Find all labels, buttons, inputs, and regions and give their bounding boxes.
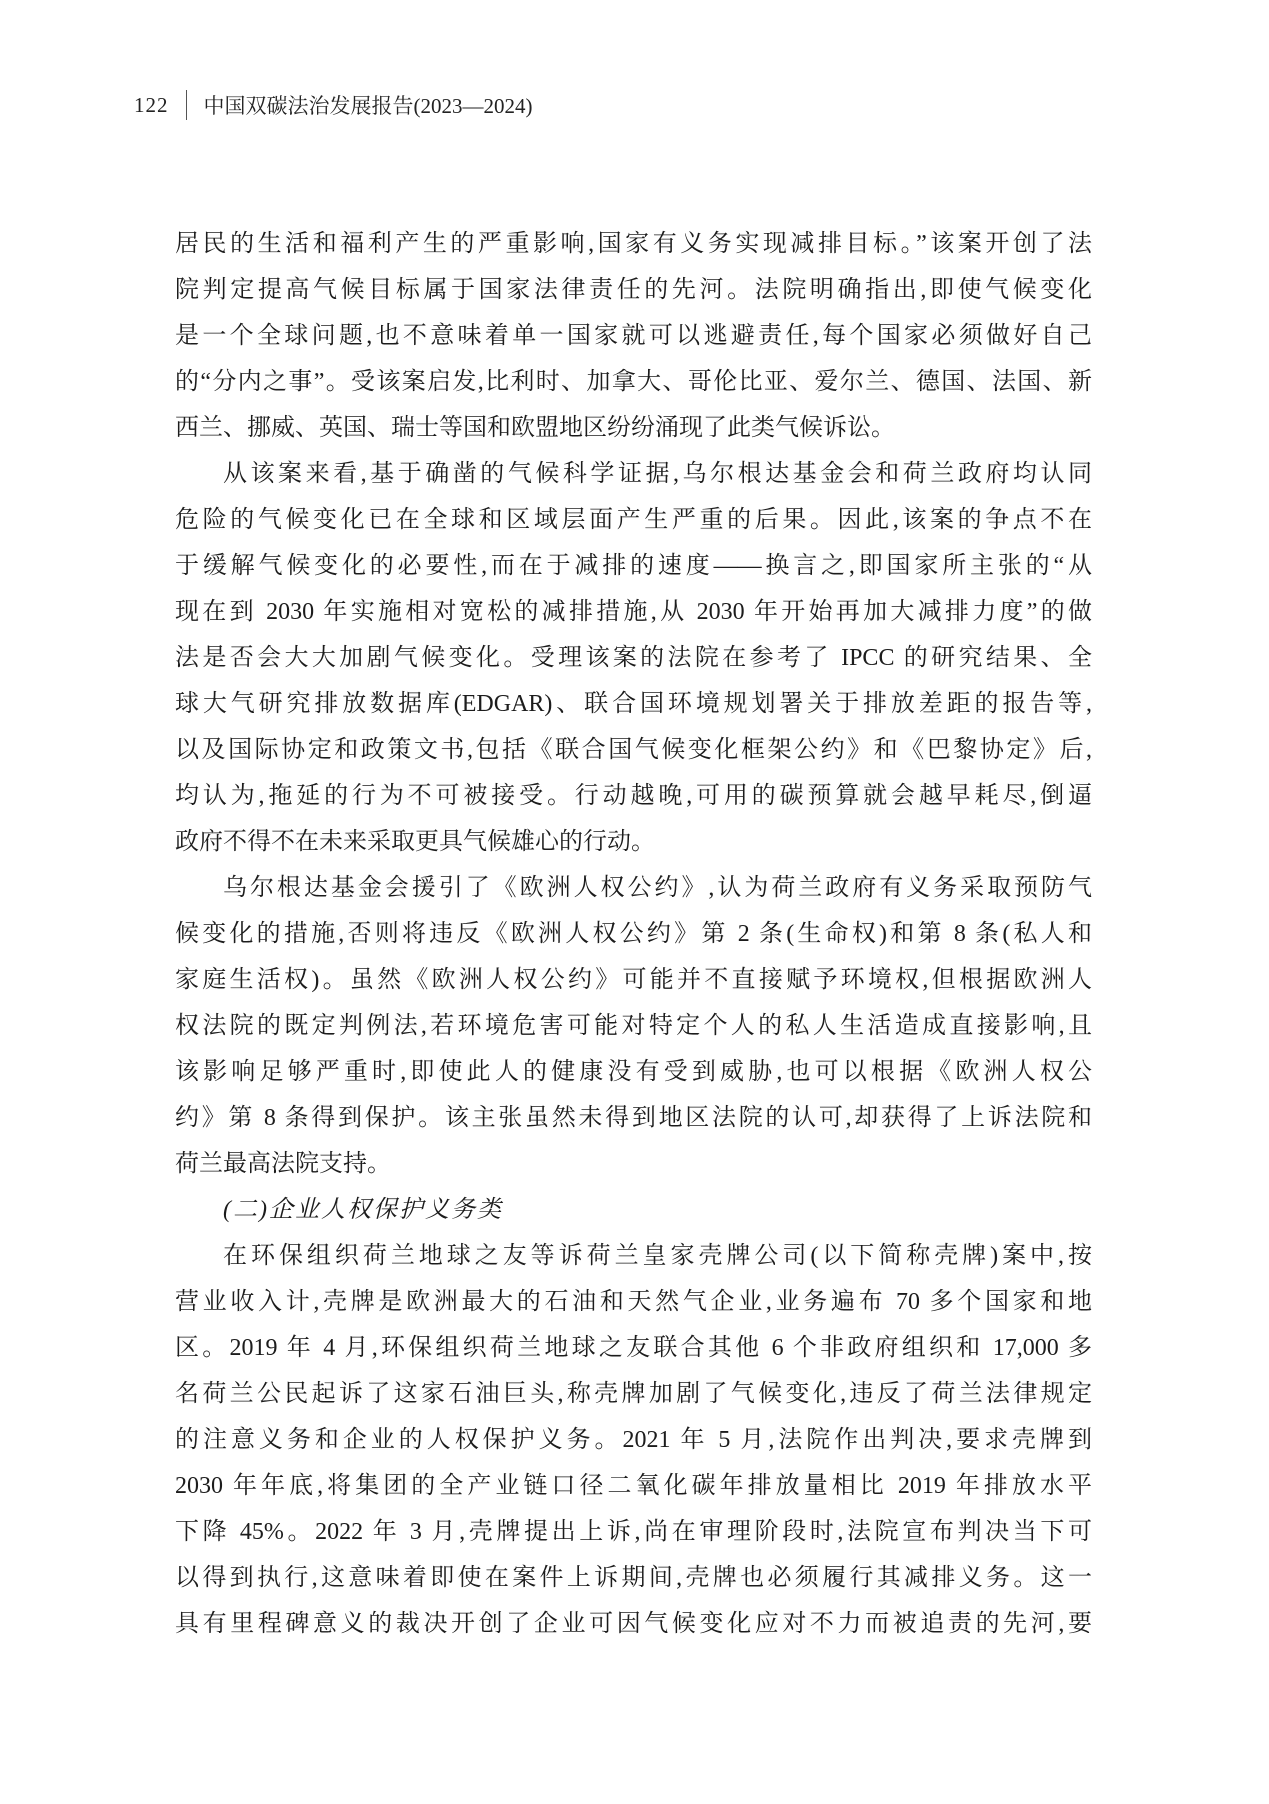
text-line: 该影响足够严重时,即使此人的健康没有受到威胁,也可以根据《欧洲人权公 [175,1049,1092,1095]
text-line: 下降 45%。2022 年 3 月,壳牌提出上诉,尚在审理阶段时,法院宣布判决当… [175,1509,1092,1555]
text-line: 危险的气候变化已在全球和区域层面产生严重的后果。因此,该案的争点不在 [175,497,1092,543]
text-line: 的“分内之事”。受该案启发,比利时、加拿大、哥伦比亚、爱尔兰、德国、法国、新 [175,359,1092,405]
text-line: 于缓解气候变化的必要性,而在于减排的速度——换言之,即国家所主张的“从 [175,543,1092,589]
text-line: 从该案来看,基于确凿的气候科学证据,乌尔根达基金会和荷兰政府均认同 [175,451,1092,497]
text-line: 名荷兰公民起诉了这家石油巨头,称壳牌加剧了气候变化,违反了荷兰法律规定 [175,1371,1092,1417]
text-line: 以及国际协定和政策文书,包括《联合国气候变化框架公约》和《巴黎协定》后, [175,727,1092,773]
text-line: 2030 年年底,将集团的全产业链口径二氧化碳年排放量相比 2019 年排放水平 [175,1463,1092,1509]
text-line: 西兰、挪威、英国、瑞士等国和欧盟地区纷纷涌现了此类气候诉讼。 [175,405,1092,451]
text-line: 家庭生活权)。虽然《欧洲人权公约》可能并不直接赋予环境权,但根据欧洲人 [175,957,1092,1003]
running-title: 中国双碳法治发展报告(2023—2024) [204,90,533,120]
text-line: 权法院的既定判例法,若环境危害可能对特定个人的私人生活造成直接影响,且 [175,1003,1092,1049]
text-line: 荷兰最高法院支持。 [175,1141,1092,1187]
text-line: 具有里程碑意义的裁决开创了企业可因气候变化应对不力而被追责的先河,要 [175,1601,1092,1647]
header-divider [186,90,187,120]
text-line: 居民的生活和福利产生的严重影响,国家有义务实现减排目标。”该案开创了法 [175,221,1092,267]
text-line: 法是否会大大加剧气候变化。受理该案的法院在参考了 IPCC 的研究结果、全 [175,635,1092,681]
page-header: 122 中国双碳法治发展报告(2023—2024) [134,90,533,120]
text-line: 球大气研究排放数据库(EDGAR)、联合国环境规划署关于排放差距的报告等, [175,681,1092,727]
text-line: 政府不得不在未来采取更具气候雄心的行动。 [175,819,1092,865]
text-line: 在环保组织荷兰地球之友等诉荷兰皇家壳牌公司(以下简称壳牌)案中,按 [175,1233,1092,1279]
body-text: 居民的生活和福利产生的严重影响,国家有义务实现减排目标。”该案开创了法 院判定提… [175,221,1092,1647]
text-line: 以得到执行,这意味着即使在案件上诉期间,壳牌也必须履行其减排义务。这一 [175,1555,1092,1601]
section-heading: (二)企业人权保护义务类 [175,1187,1092,1233]
text-line: 区。2019 年 4 月,环保组织荷兰地球之友联合其他 6 个非政府组织和 17… [175,1325,1092,1371]
text-line: 是一个全球问题,也不意味着单一国家就可以逃避责任,每个国家必须做好自己 [175,313,1092,359]
text-line: 约》第 8 条得到保护。该主张虽然未得到地区法院的认可,却获得了上诉法院和 [175,1095,1092,1141]
page-number: 122 [134,93,169,118]
text-line: 营业收入计,壳牌是欧洲最大的石油和天然气企业,业务遍布 70 多个国家和地 [175,1279,1092,1325]
text-line: 候变化的措施,否则将违反《欧洲人权公约》第 2 条(生命权)和第 8 条(私人和 [175,911,1092,957]
text-line: 乌尔根达基金会援引了《欧洲人权公约》,认为荷兰政府有义务采取预防气 [175,865,1092,911]
book-page: 122 中国双碳法治发展报告(2023—2024) 居民的生活和福利产生的严重影… [0,0,1269,1804]
text-line: 现在到 2030 年实施相对宽松的减排措施,从 2030 年开始再加大减排力度”… [175,589,1092,635]
text-line: 均认为,拖延的行为不可被接受。行动越晚,可用的碳预算就会越早耗尽,倒逼 [175,773,1092,819]
text-line: 院判定提高气候目标属于国家法律责任的先河。法院明确指出,即使气候变化 [175,267,1092,313]
text-line: 的注意义务和企业的人权保护义务。2021 年 5 月,法院作出判决,要求壳牌到 [175,1417,1092,1463]
